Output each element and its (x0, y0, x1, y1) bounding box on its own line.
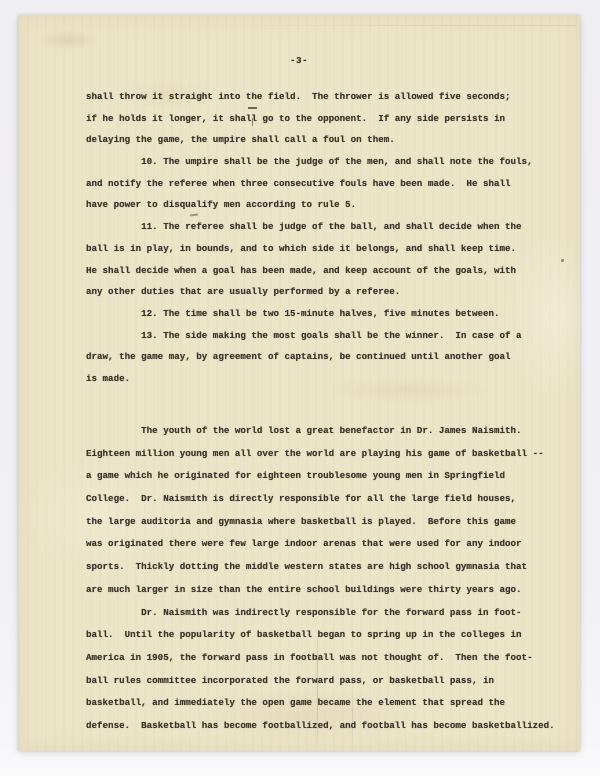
typewritten-line: 12. The time shall be two 15-minute halv… (86, 303, 533, 325)
typewritten-line: Dr. Naismith was indirectly responsible … (86, 602, 555, 625)
ink-speck (561, 259, 564, 262)
typewritten-line: 11. The referee shall be judge of the ba… (86, 216, 533, 238)
typewritten-line: ball. Until the popularity of basketball… (86, 624, 555, 647)
page-number: -3- (18, 55, 580, 66)
typewritten-line: America in 1905, the forward pass in foo… (86, 647, 555, 670)
typewritten-line: and notify the referee when three consec… (86, 173, 533, 195)
document-page: -3- shall throw it straight into the fie… (18, 15, 580, 751)
typewritten-line: basketball, and immediately the open gam… (86, 692, 555, 715)
typewritten-line: ball rules committee incorporated the fo… (86, 670, 555, 693)
naismith-text-block: The youth of the world lost a great bene… (86, 420, 555, 738)
typewritten-line: Eighteen million young men all over the … (86, 443, 555, 466)
typewritten-line: is made. (86, 368, 533, 390)
typewritten-line: College. Dr. Naismith is directly respon… (86, 488, 555, 511)
typewritten-line: if he holds it longer, it shall go to th… (86, 108, 533, 130)
typewritten-line: the large auditoria and gymnasia where b… (86, 511, 555, 534)
typewritten-line: shall throw it straight into the field. … (86, 86, 533, 108)
typewritten-line: ball is in play, in bounds, and to which… (86, 238, 533, 260)
typewritten-line: 10. The umpire shall be the judge of the… (86, 151, 533, 173)
typewritten-line: sports. Thickly dotting the middle weste… (86, 556, 555, 579)
typewritten-line: defense. Basketball has become footballi… (86, 715, 555, 738)
typewritten-line: draw, the game may, by agreement of capt… (86, 346, 533, 368)
typewritten-line: any other duties that are usually perfor… (86, 281, 533, 303)
typewritten-line: a game which he originated for eighteen … (86, 465, 555, 488)
scanned-page-background: -3- shall throw it straight into the fie… (0, 0, 600, 776)
typewritten-line: 13. The side making the most goals shall… (86, 325, 533, 347)
typewritten-line: He shall decide when a goal has been mad… (86, 260, 533, 282)
typewritten-line: are much larger in size than the entire … (86, 579, 555, 602)
paper-fold-line (178, 25, 576, 26)
typewritten-line: was originated there were few large indo… (86, 533, 555, 556)
typewritten-line: delaying the game, the umpire shall call… (86, 129, 533, 151)
rules-text-block: shall throw it straight into the field. … (86, 86, 533, 390)
typewritten-line: have power to disqualify men according t… (86, 194, 533, 216)
typewritten-line: The youth of the world lost a great bene… (86, 420, 555, 443)
